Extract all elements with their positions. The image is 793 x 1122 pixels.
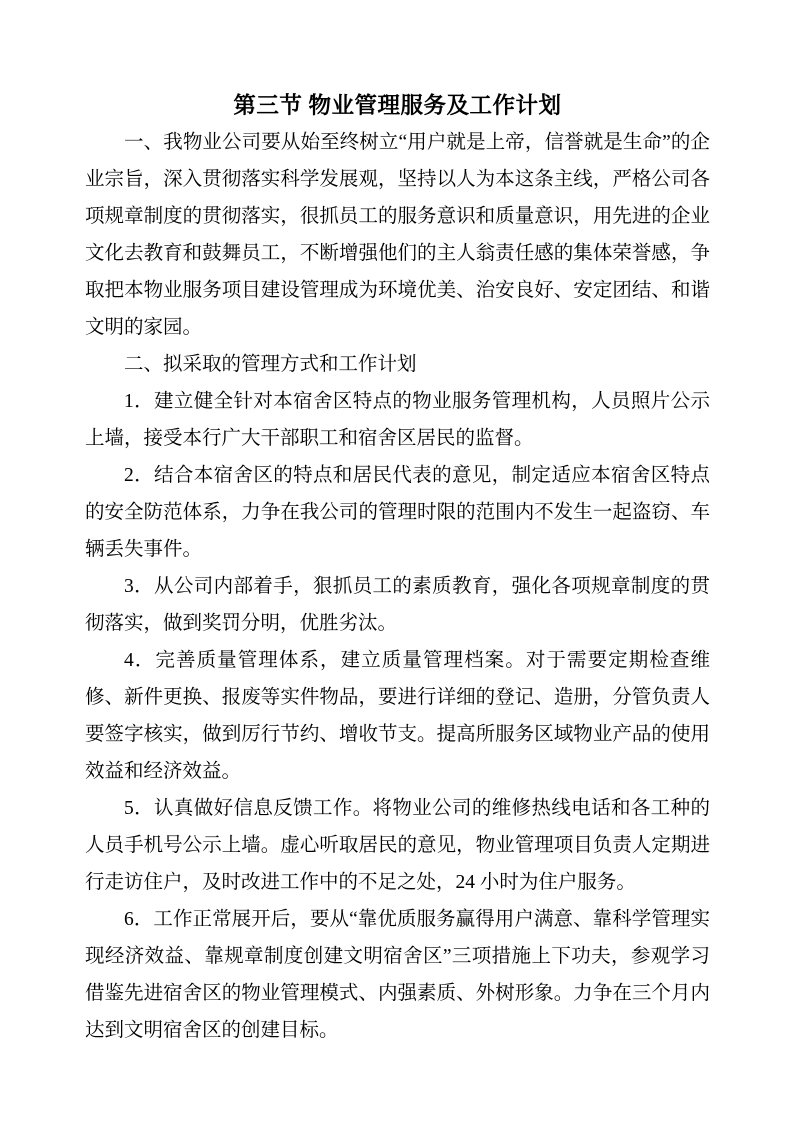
document-title: 第三节 物业管理服务及工作计划 xyxy=(85,88,710,124)
paragraph: 4．完善质量管理体系，建立质量管理档案。对于需要定期检查维修、新件更换、报废等实… xyxy=(85,642,710,790)
document-page: 第三节 物业管理服务及工作计划 一、我物业公司要从始至终树立“用户就是上帝，信誉… xyxy=(0,0,793,1122)
paragraph: 6．工作正常展开后，要从“靠优质服务赢得用户满意、靠科学管理实现经济效益、靠规章… xyxy=(85,901,710,1049)
paragraph: 5．认真做好信息反馈工作。将物业公司的维修热线电话和各工种的人员手机号公示上墙。… xyxy=(85,790,710,901)
paragraph: 1．建立健全针对本宿舍区特点的物业服务管理机构，人员照片公示上墙，接受本行广大干… xyxy=(85,383,710,457)
document-body: 一、我物业公司要从始至终树立“用户就是上帝，信誉就是生命”的企业宗旨，深入贯彻落… xyxy=(85,124,710,1049)
paragraph: 二、拟采取的管理方式和工作计划 xyxy=(85,346,710,383)
paragraph: 3．从公司内部着手，狠抓员工的素质教育，强化各项规章制度的贯彻落实，做到奖罚分明… xyxy=(85,568,710,642)
paragraph: 一、我物业公司要从始至终树立“用户就是上帝，信誉就是生命”的企业宗旨，深入贯彻落… xyxy=(85,124,710,346)
paragraph: 2．结合本宿舍区的特点和居民代表的意见，制定适应本宿舍区特点的安全防范体系，力争… xyxy=(85,457,710,568)
